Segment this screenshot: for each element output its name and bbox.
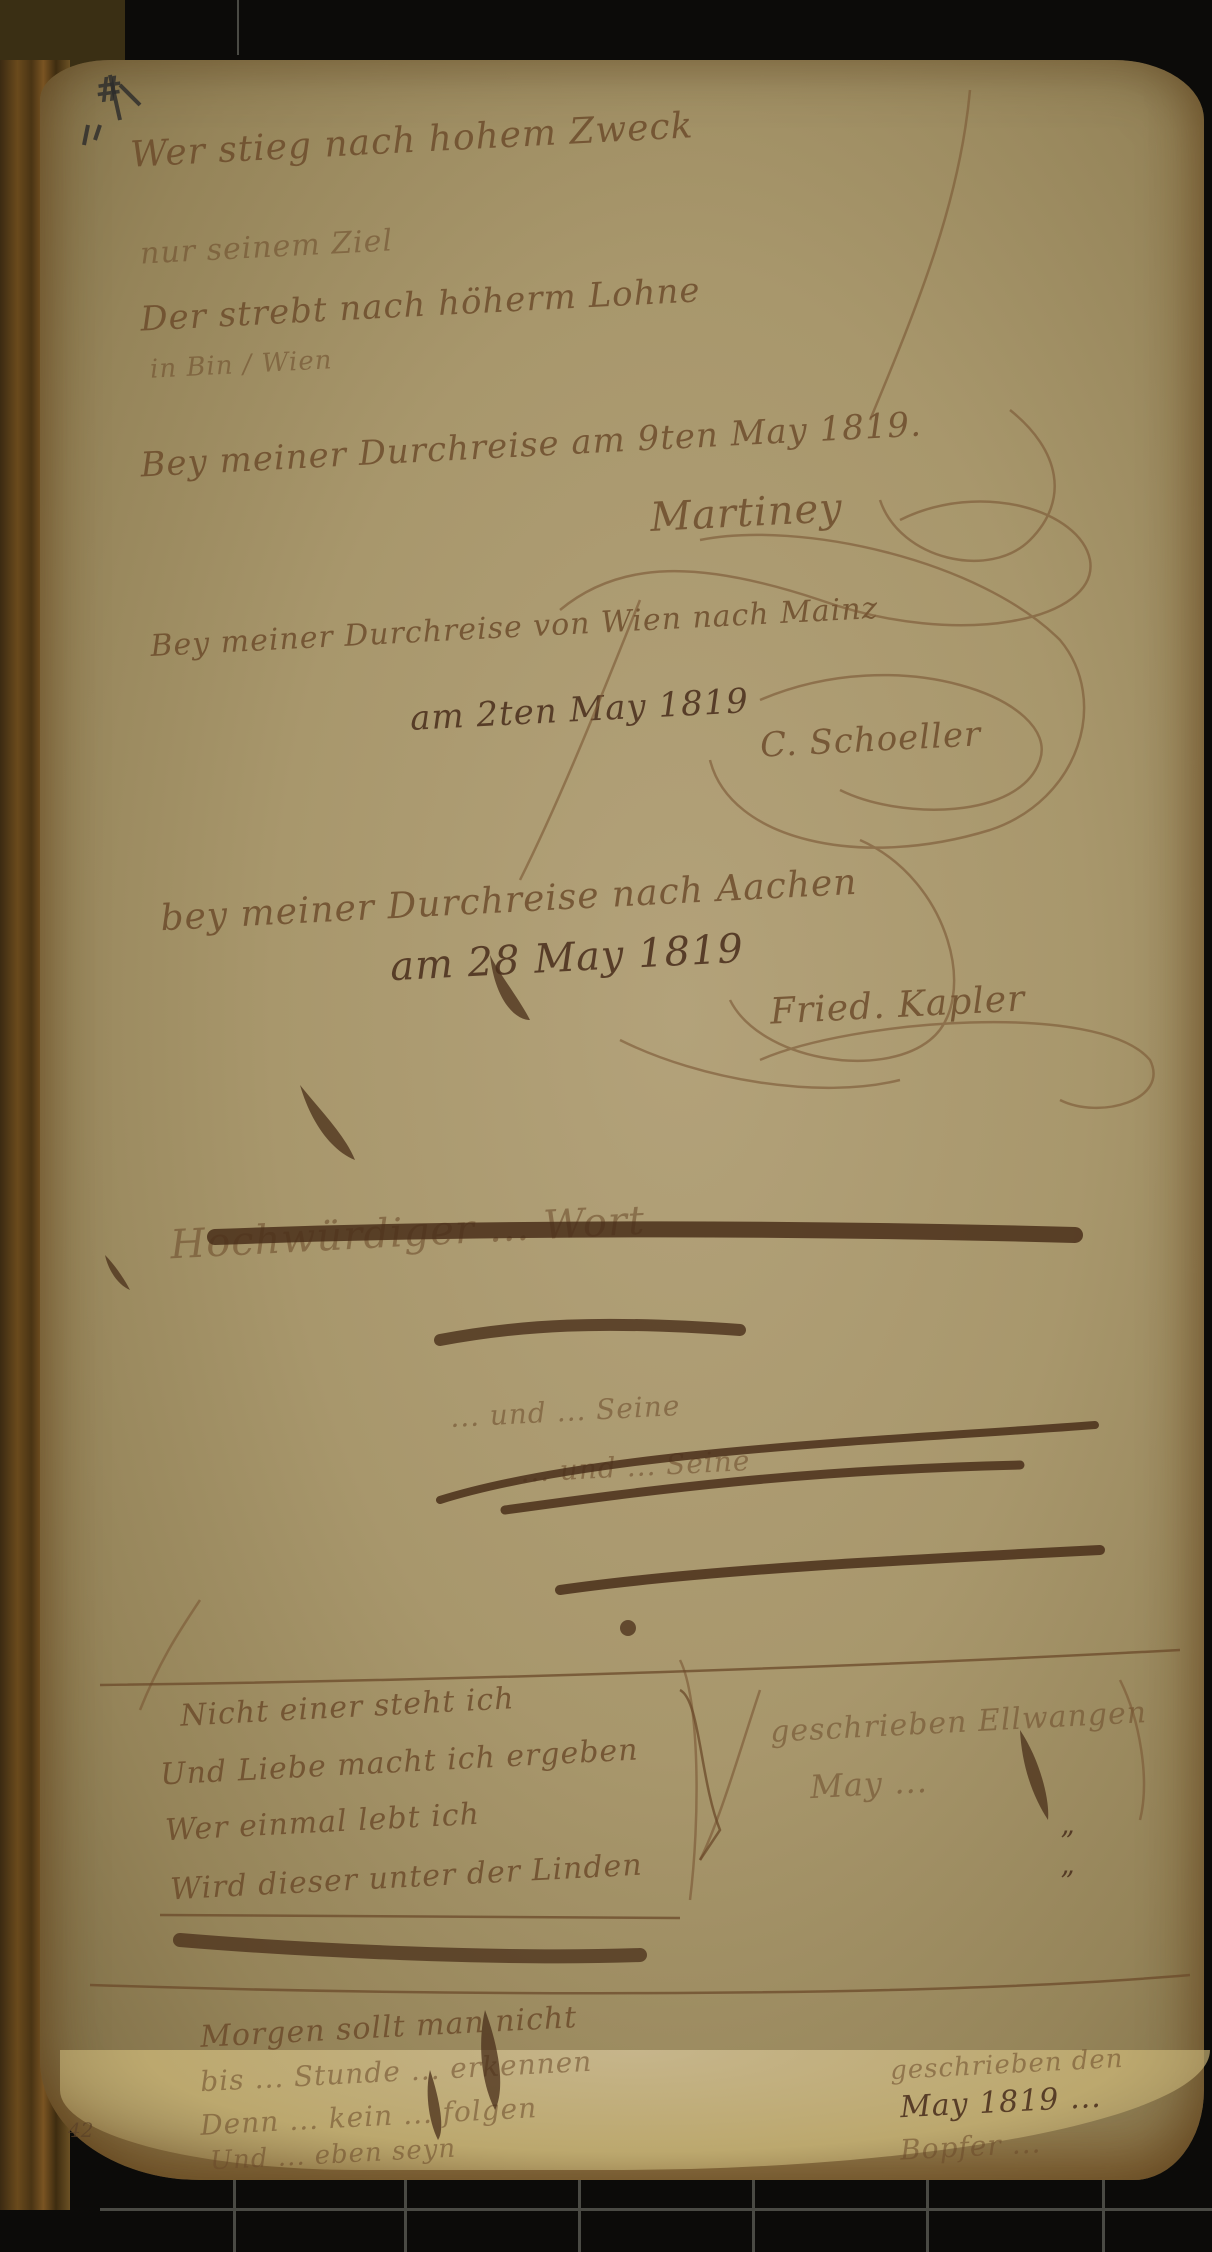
top-corner-pencil-mark xyxy=(84,75,140,145)
flourish-strokes xyxy=(140,90,1154,1900)
strike-through-bars xyxy=(180,1229,1100,1956)
ink-strokes-layer xyxy=(0,0,1212,2252)
